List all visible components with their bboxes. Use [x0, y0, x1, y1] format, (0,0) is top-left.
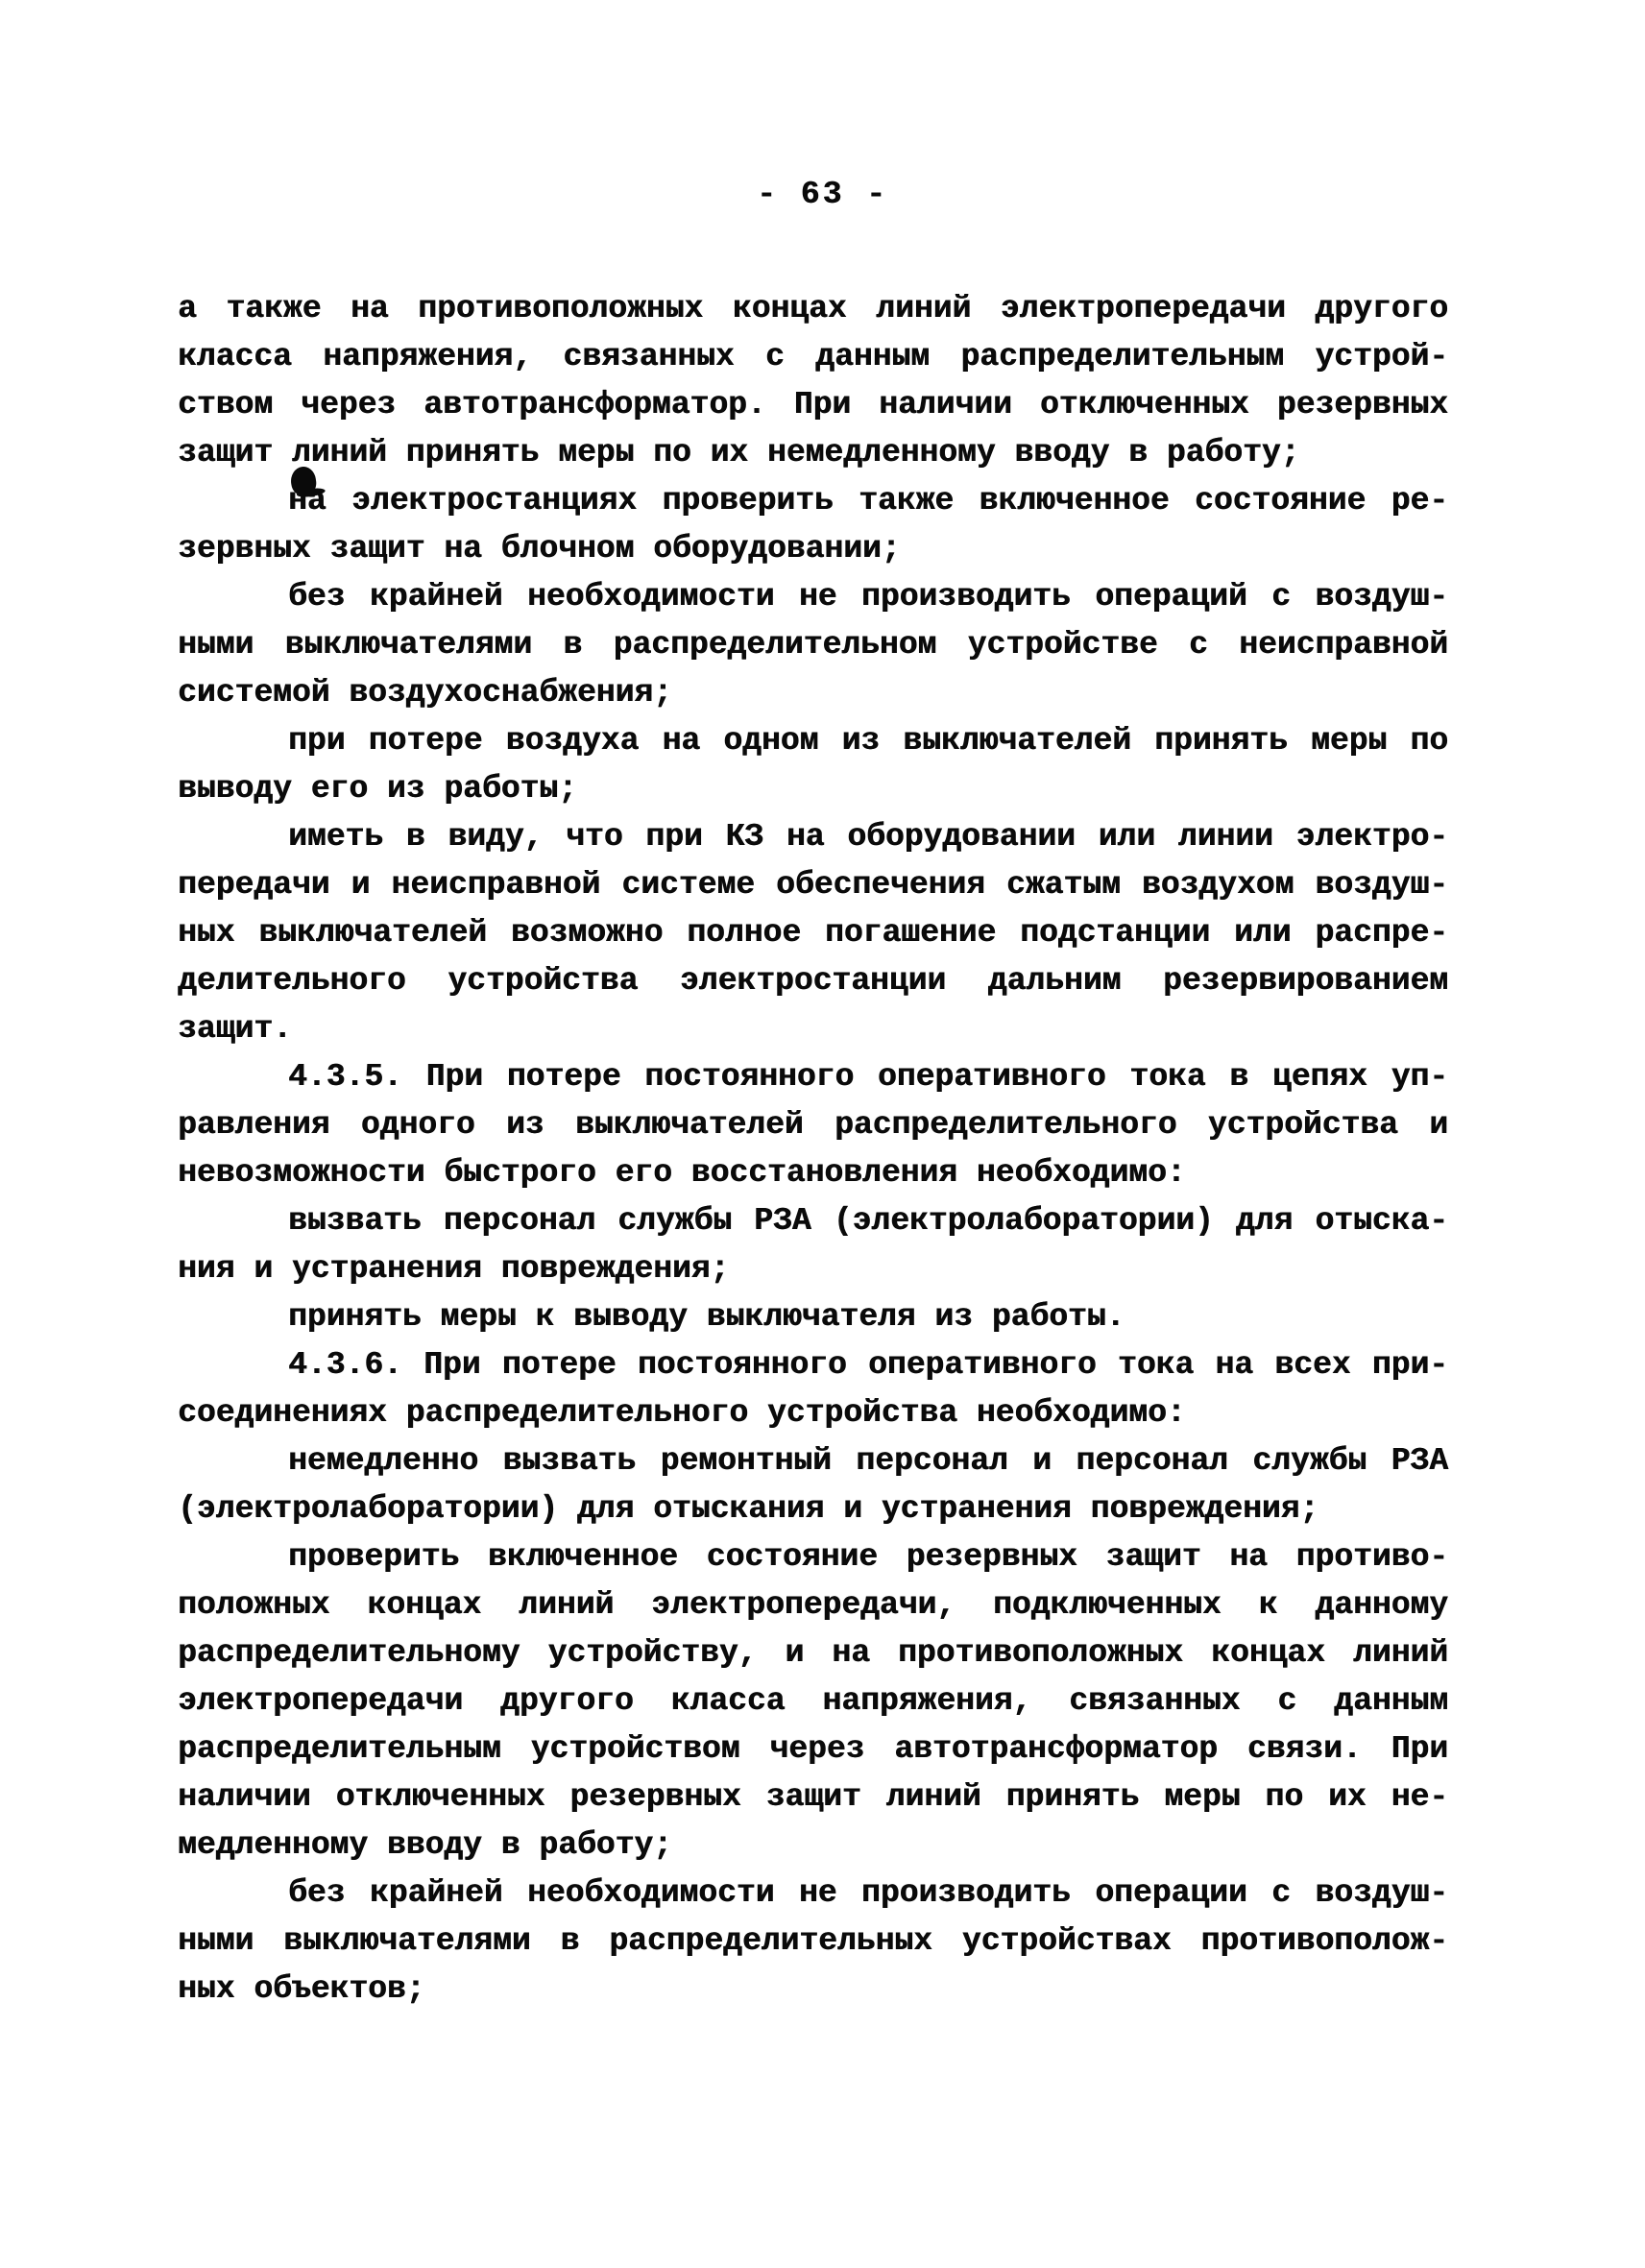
- text-line: ния и устранения повреждения;: [178, 1245, 1448, 1293]
- text-line: без крайней необходимости не производить…: [178, 1870, 1448, 1918]
- text-line: иметь в виду, что при КЗ на оборудовании…: [178, 813, 1448, 861]
- text-line: системой воздухоснабжения;: [178, 669, 1448, 717]
- text-line: распределительным устройством через авто…: [178, 1725, 1448, 1773]
- text-line: выводу его из работы;: [178, 765, 1448, 813]
- document-page: - 63 - а также на противоположных концах…: [0, 0, 1645, 2268]
- text-line: защит линий принять меры по их немедленн…: [178, 429, 1448, 477]
- text-line: 4.3.5. При потере постоянного оперативно…: [178, 1053, 1448, 1101]
- text-block: а также на противоположных концах линий …: [178, 285, 1448, 2014]
- text-line: ством через автотрансформатор. При налич…: [178, 381, 1448, 429]
- text-line: немедленно вызвать ремонтный персонал и …: [178, 1437, 1448, 1485]
- text-line: положных концах линий электропередачи, п…: [178, 1581, 1448, 1629]
- text-line: ных выключателей возможно полное погашен…: [178, 909, 1448, 957]
- text-line: наличии отключенных резервных защит лини…: [178, 1773, 1448, 1822]
- text-line: принять меры к выводу выключателя из раб…: [178, 1293, 1448, 1341]
- text-line: ными выключателями в распределительных у…: [178, 1918, 1448, 1966]
- page-number: - 63 -: [0, 177, 1645, 212]
- text-line: зервных защит на блочном оборудовании;: [178, 525, 1448, 573]
- text-line: без крайней необходимости не производить…: [178, 573, 1448, 621]
- text-line: а также на противоположных концах линий …: [178, 285, 1448, 333]
- text-line: защит.: [178, 1005, 1448, 1053]
- text-line: на электростанциях проверить также включ…: [178, 477, 1448, 525]
- text-line: передачи и неисправной системе обеспечен…: [178, 861, 1448, 909]
- text-line: класса напряжения, связанных с данным ра…: [178, 333, 1448, 381]
- text-line: при потере воздуха на одном из выключате…: [178, 717, 1448, 765]
- text-line: 4.3.6. При потере постоянного оперативно…: [178, 1341, 1448, 1389]
- text-line: равления одного из выключателей распреде…: [178, 1101, 1448, 1149]
- text-line: электропередачи другого класса напряжени…: [178, 1677, 1448, 1725]
- text-line: (электролаборатории) для отыскания и уст…: [178, 1485, 1448, 1533]
- text-line: невозможности быстрого его восстановлени…: [178, 1149, 1448, 1197]
- text-line: вызвать персонал службы РЗА (электролабо…: [178, 1197, 1448, 1245]
- text-line: проверить включенное состояние резервных…: [178, 1533, 1448, 1581]
- text-line: соединениях распределительного устройств…: [178, 1389, 1448, 1437]
- text-line: медленному вводу в работу;: [178, 1822, 1448, 1870]
- text-line: ных объектов;: [178, 1966, 1448, 2014]
- text-line: делительного устройства электростанции д…: [178, 957, 1448, 1005]
- text-line: ными выключателями в распределительном у…: [178, 621, 1448, 669]
- text-line: распределительному устройству, и на прот…: [178, 1629, 1448, 1677]
